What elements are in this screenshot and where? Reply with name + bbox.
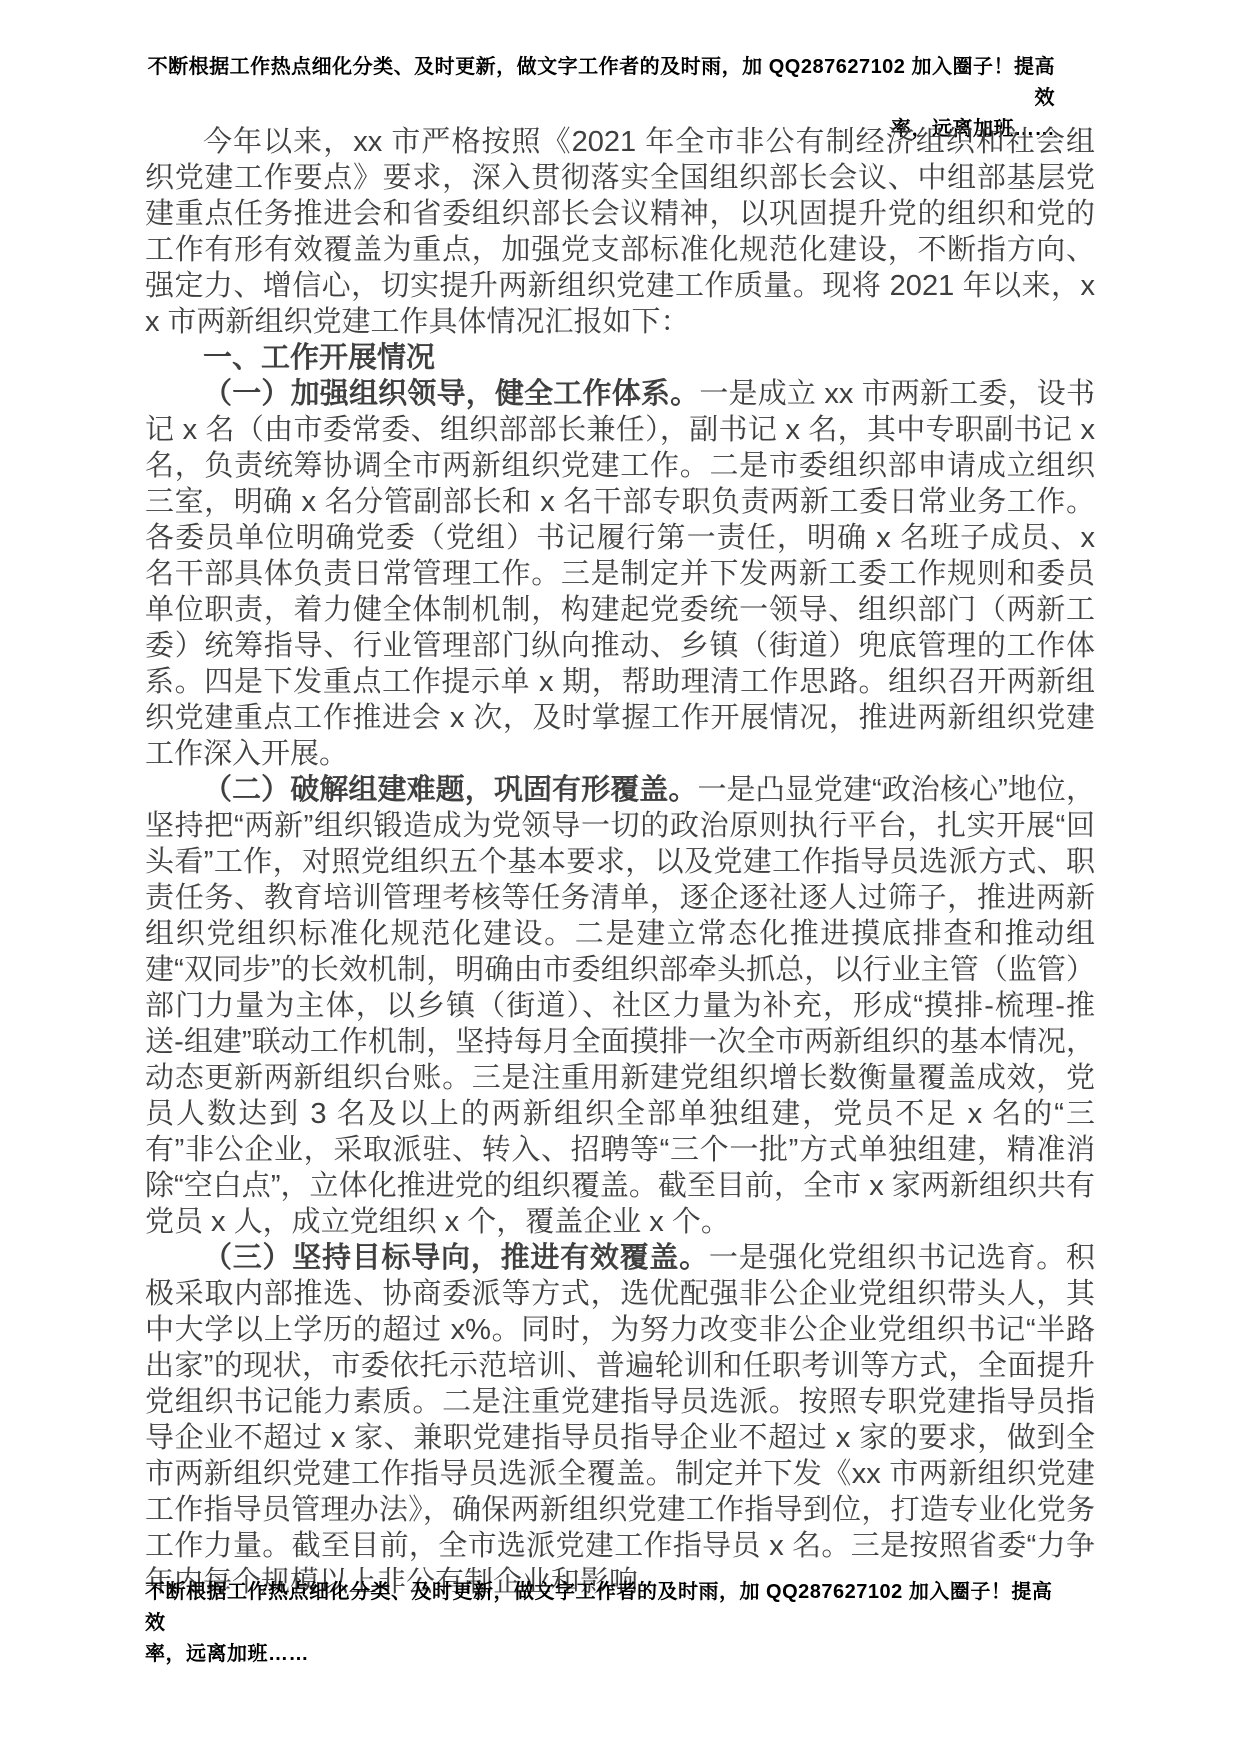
document-page: 不断根据工作热点细化分类、及时更新，做文字工作者的及时雨，加 QQ2876271… [0,0,1240,1754]
paragraph-section-3-text: 一是强化党组织书记选育。积极采取内部推选、协商委派等方式，选优配强非公企业党组织… [145,1242,1095,1598]
section-heading-1-text: 一、工作开展情况 [203,342,435,374]
intro-text: 今年以来，xx 市严格按照《2021 年全市非公有制经济组织和社会组织党建工作要… [145,126,1095,338]
paragraph-section-2: （二）破解组建难题，巩固有形覆盖。一是凸显党建“政治核心”地位，坚持把“两新”组… [145,772,1095,1240]
document-body: 今年以来，xx 市严格按照《2021 年全市非公有制经济组织和社会组织党建工作要… [145,124,1095,1600]
paragraph-section-2-lead: （二）破解组建难题，巩固有形覆盖。 [203,774,697,806]
paragraph-section-3-lead: （三）坚持目标导向，推进有效覆盖。 [203,1242,709,1274]
intro-paragraph: 今年以来，xx 市严格按照《2021 年全市非公有制经济组织和社会组织党建工作要… [145,124,1095,340]
footer-line-2: 率，远离加班…… [145,1639,1055,1670]
paragraph-section-1: （一）加强组织领导，健全工作体系。一是成立 xx 市两新工委，设书记 x 名（由… [145,376,1095,772]
header-line-1: 不断根据工作热点细化分类、及时更新，做文字工作者的及时雨，加 QQ2876271… [145,52,1055,114]
paragraph-section-1-text: 一是成立 xx 市两新工委，设书记 x 名（由市委常委、组织部部长兼任），副书记… [145,378,1095,770]
page-footer: 不断根据工作热点细化分类、及时更新，做文字工作者的及时雨，加 QQ2876271… [145,1577,1055,1670]
paragraph-section-2-text: 一是凸显党建“政治核心”地位，坚持把“两新”组织锻造成为党领导一切的政治原则执行… [145,774,1095,1238]
paragraph-section-3: （三）坚持目标导向，推进有效覆盖。一是强化党组织书记选育。积极采取内部推选、协商… [145,1240,1095,1600]
footer-line-1: 不断根据工作热点细化分类、及时更新，做文字工作者的及时雨，加 QQ2876271… [145,1577,1055,1639]
section-heading-1: 一、工作开展情况 [145,340,1095,376]
paragraph-section-1-lead: （一）加强组织领导，健全工作体系。 [203,378,699,410]
